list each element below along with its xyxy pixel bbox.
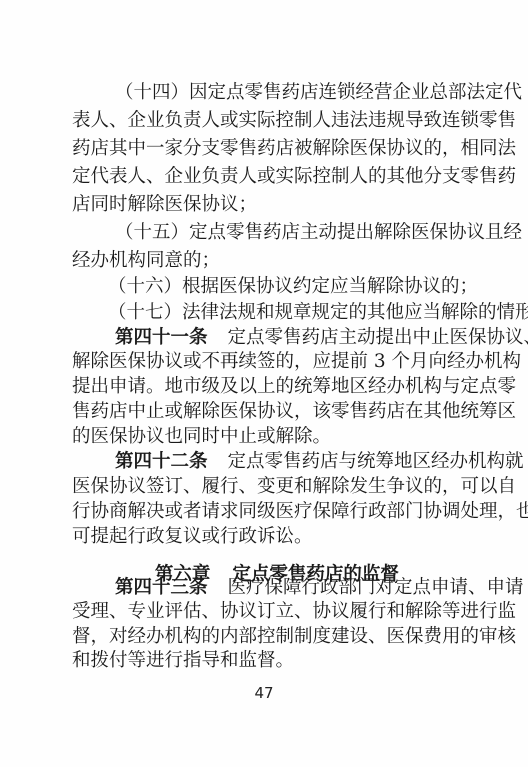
item-16-line-1: （十六）根据医保协议约定应当解除协议的； xyxy=(108,275,453,299)
article-41-line-1: 第四十一条定点零售药店主动提出中止医保协议、 xyxy=(115,326,460,350)
item-15-line-2: 经办机构同意的； xyxy=(72,249,460,273)
item-14-line-2: 表人、企业负责人或实际控制人违法违规导致连锁零售 xyxy=(72,109,460,133)
article-43-text-1: 医疗保障行政部门对定点申请、申请 xyxy=(228,577,524,598)
article-41-line-2: 解除医保协议或不再续签的，应提前 3 个月向经办机构 xyxy=(72,350,460,374)
article-42-title: 第四十二条 xyxy=(115,451,208,472)
document-page: （十四）因定点零售药店连锁经营企业总部法定代 表人、企业负责人或实际控制人违法违… xyxy=(0,0,528,767)
article-42-line-1: 第四十二条定点零售药店与统筹地区经办机构就 xyxy=(115,450,460,474)
article-42-text-1: 定点零售药店与统筹地区经办机构就 xyxy=(228,451,524,472)
article-41-line-4: 售药店中止或解除医保协议，该零售药店在其他统筹区 xyxy=(72,400,460,424)
item-14-line-1: （十四）因定点零售药店连锁经营企业总部法定代 xyxy=(115,81,460,105)
item-14-line-5: 店同时解除医保协议； xyxy=(72,193,460,217)
item-17-line-1: （十七）法律法规和规章规定的其他应当解除的情形。 xyxy=(108,301,460,325)
item-14-line-4: 定代表人、企业负责人或实际控制人的其他分支零售药 xyxy=(72,165,460,189)
article-43-line-4: 和拨付等进行指导和监督。 xyxy=(72,649,460,673)
item-15-line-1: （十五）定点零售药店主动提出解除医保协议且经 xyxy=(115,221,460,245)
item-14-line-3: 药店其中一家分支零售药店被解除医保协议的，相同法 xyxy=(72,137,460,161)
article-41-line-5: 的医保协议也同时中止或解除。 xyxy=(72,425,460,449)
article-41-line-3: 提出申请。地市级及以上的统筹地区经办机构与定点零 xyxy=(72,375,460,399)
article-42-line-3: 行协商解决或者请求同级医疗保障行政部门协调处理，也 xyxy=(72,500,460,524)
article-41-text-1: 定点零售药店主动提出中止医保协议、 xyxy=(228,327,528,348)
article-43-line-2: 受理、专业评估、协议订立、协议履行和解除等进行监 xyxy=(72,600,460,624)
article-41-title: 第四十一条 xyxy=(115,327,208,348)
article-43-title: 第四十三条 xyxy=(115,577,208,598)
page-number: 47 xyxy=(0,683,528,703)
article-43-line-3: 督，对经办机构的内部控制制度建设、医保费用的审核 xyxy=(72,625,460,649)
article-43-line-1: 第四十三条医疗保障行政部门对定点申请、申请 xyxy=(115,576,460,600)
article-42-line-2: 医保协议签订、履行、变更和解除发生争议的，可以自 xyxy=(72,475,460,499)
